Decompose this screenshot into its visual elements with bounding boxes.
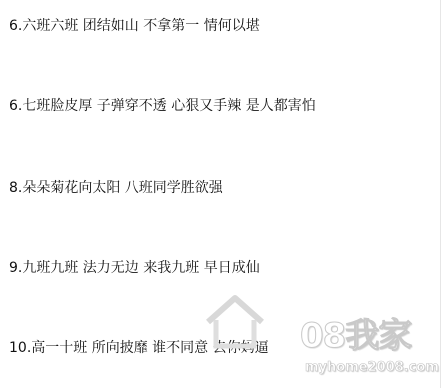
line-text: 九班九班 法力无边 来我九班 早日成仙 <box>22 260 259 276</box>
line-text: 朵朵菊花向太阳 八班同学胜欲强 <box>22 180 222 196</box>
slogan-line-3: 8.朵朵菊花向太阳 八班同学胜欲强 <box>9 179 223 197</box>
line-number: 8. <box>9 180 22 196</box>
document-page: 6.六班六班 团结如山 不拿第一 情何以堪 6.七班脸皮厚 子弹穿不透 心狠又手… <box>0 0 441 388</box>
watermark-url: myhome2008.com <box>305 360 439 375</box>
slogan-line-4: 9.九班九班 法力无边 来我九班 早日成仙 <box>9 259 260 277</box>
watermark-logo: 08我家 <box>300 308 411 357</box>
line-number: 6. <box>9 98 22 114</box>
line-number: 6. <box>9 18 22 34</box>
line-text: 七班脸皮厚 子弹穿不透 心狠又手辣 是人都害怕 <box>22 98 315 114</box>
line-text: 六班六班 团结如山 不拿第一 情何以堪 <box>22 18 259 34</box>
slogan-line-2: 6.七班脸皮厚 子弹穿不透 心狠又手辣 是人都害怕 <box>9 97 316 115</box>
line-number: 10. <box>9 340 31 356</box>
house-watermark-icon <box>200 290 270 350</box>
slogan-line-1: 6.六班六班 团结如山 不拿第一 情何以堪 <box>9 17 260 35</box>
line-number: 9. <box>9 260 22 276</box>
